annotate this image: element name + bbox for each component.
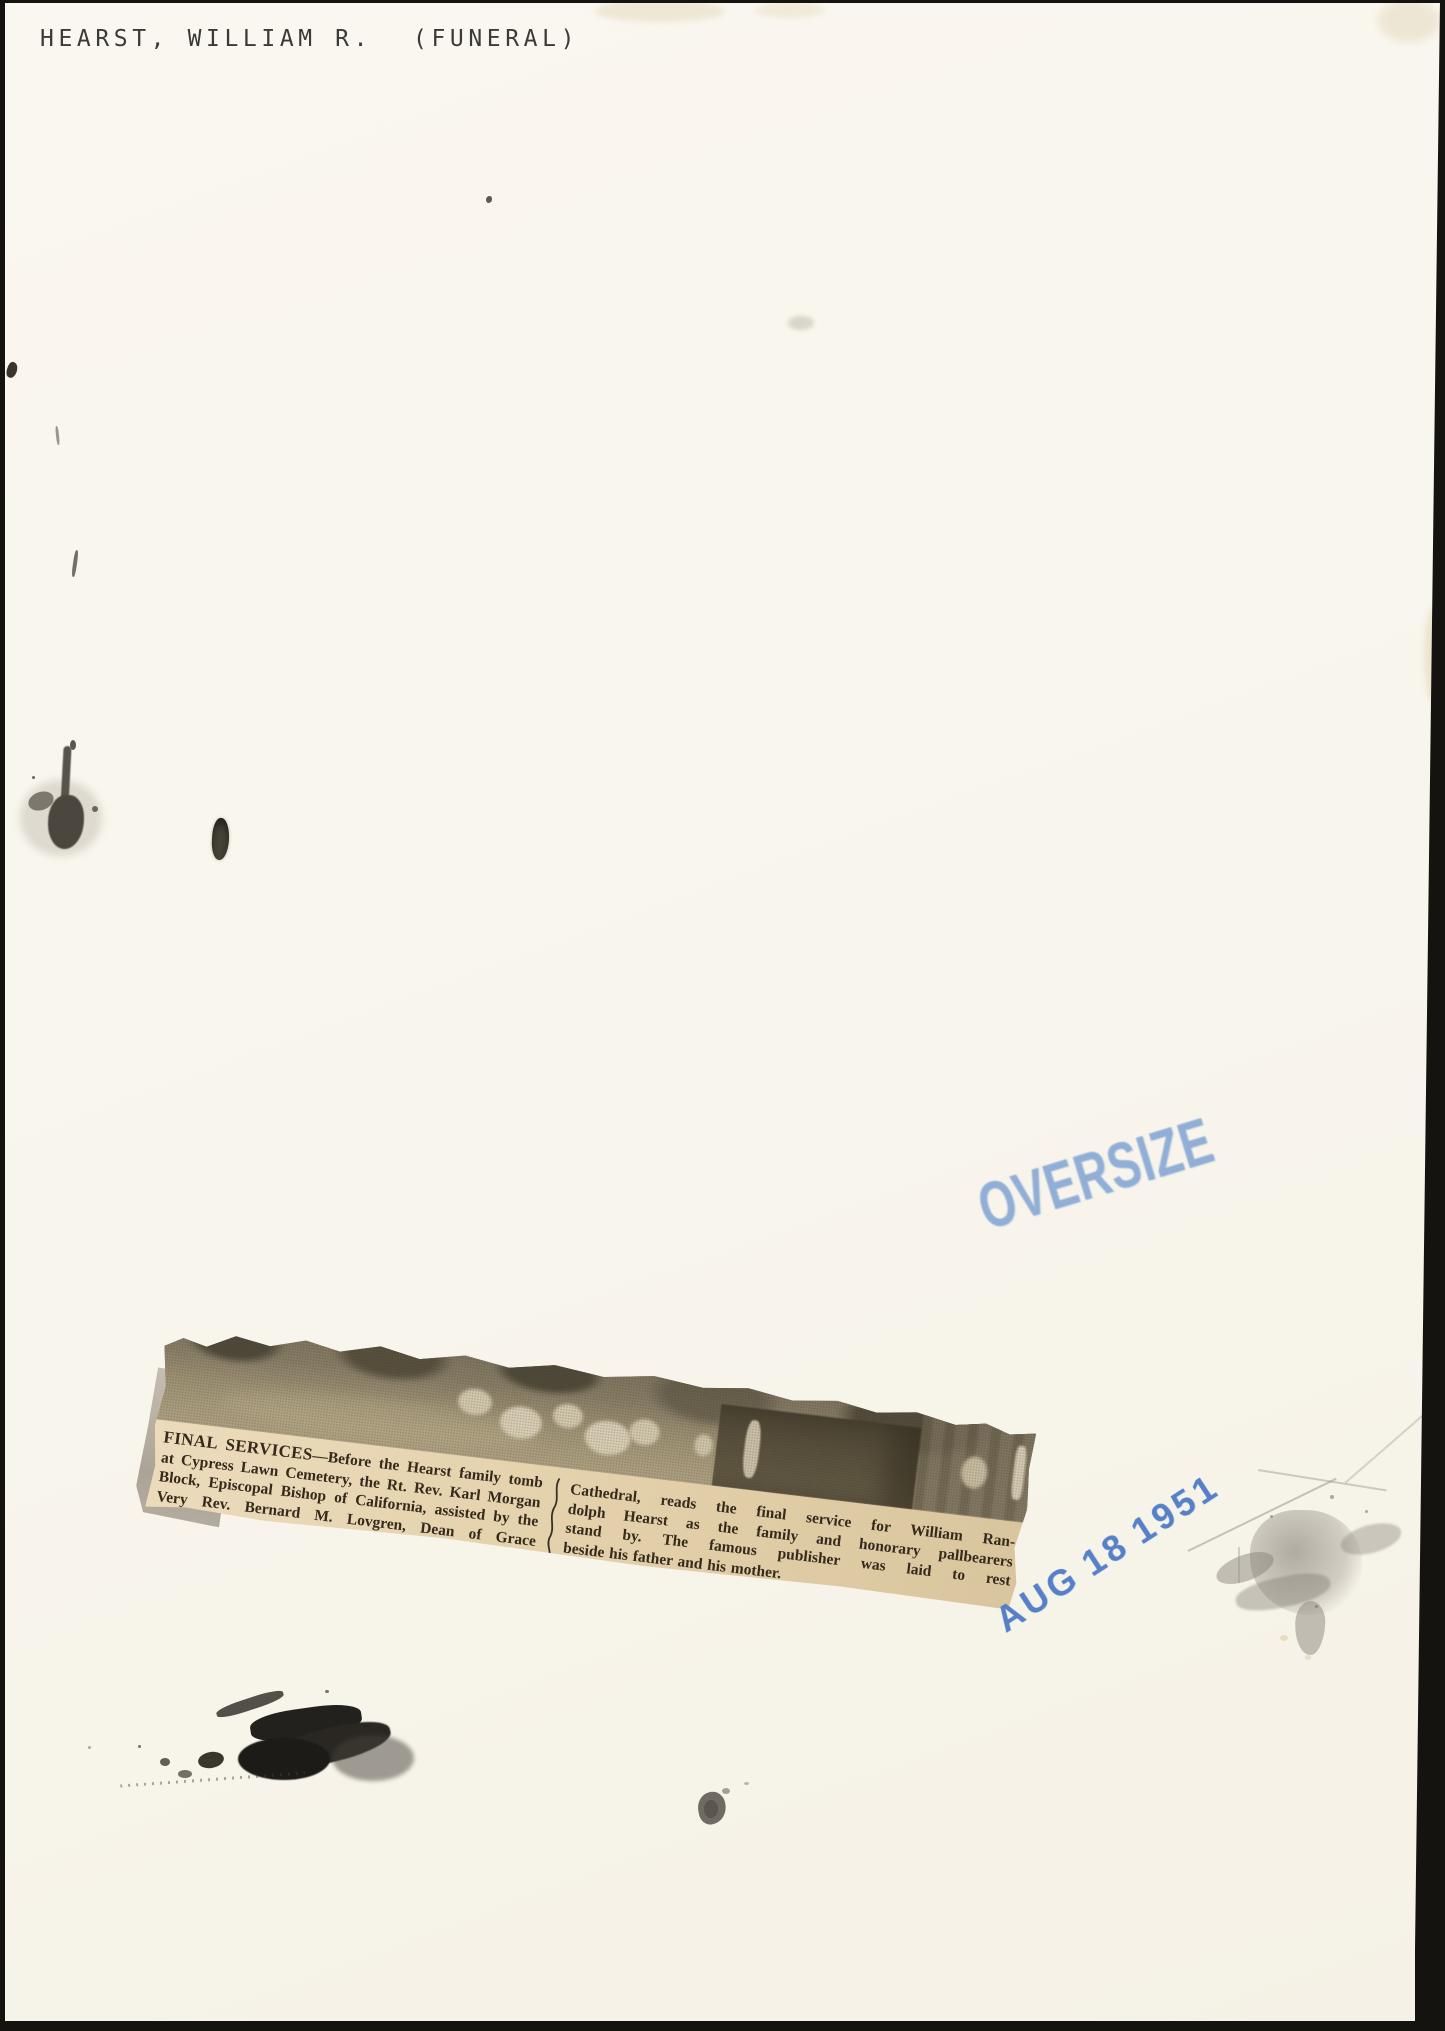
typed-subject-name: HEARST, WILLIAM R. <box>40 26 372 52</box>
ink-smear-bottom-left <box>120 1690 420 1805</box>
scan-edge-top <box>0 0 1445 3</box>
photo-verso-scan: HEARST, WILLIAM R. (FUNERAL) OVERSIZE <box>0 0 1445 2031</box>
oversize-stamp-text: OVERSIZE <box>973 1116 1218 1234</box>
typed-category: (FUNERAL) <box>413 26 579 52</box>
ink-blot-cluster <box>20 740 115 862</box>
ink-speck <box>5 361 20 379</box>
brace-divider-icon <box>542 1476 563 1557</box>
oversize-stamp: OVERSIZE <box>974 1094 1296 1234</box>
paper-stain <box>595 0 725 22</box>
ink-speck <box>71 550 79 577</box>
scan-edge-right <box>1415 0 1445 2031</box>
ink-speck <box>788 316 814 330</box>
ink-speck <box>744 1782 749 1785</box>
stain-cluster-bottom-right <box>1180 1455 1445 1670</box>
scan-edge-bottom <box>0 2021 1445 2031</box>
scan-edge-left <box>0 0 5 2031</box>
news-clipping: FINAL SERVICES—Before the Hearst family … <box>145 1316 1038 1610</box>
ink-speck <box>88 1746 91 1749</box>
ink-speck <box>486 196 492 203</box>
ink-speck <box>55 426 60 445</box>
paper-stain <box>1378 0 1440 42</box>
paper-stain <box>755 2 825 18</box>
ink-blob-bottom-center <box>696 1788 730 1826</box>
ink-blob <box>211 817 231 860</box>
